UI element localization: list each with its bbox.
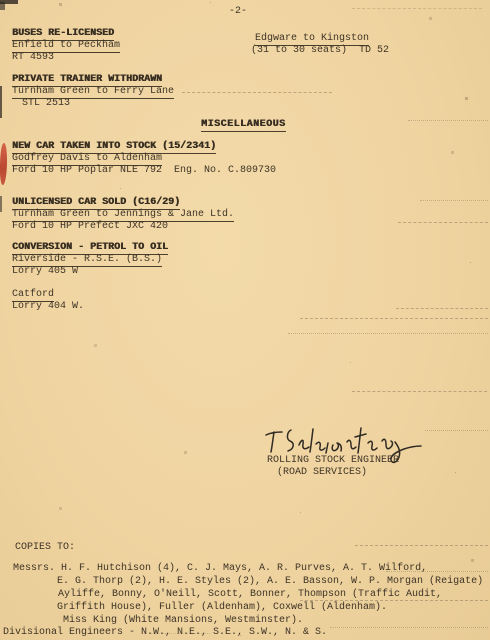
scan-noise-line [398, 222, 488, 223]
scan-noise-line [352, 391, 487, 392]
buses-relicensed-vehicle: RT 4593 [12, 52, 54, 64]
scan-noise-line [288, 333, 488, 334]
copies-to-heading: COPIES TO: [15, 542, 75, 554]
scan-noise-line [182, 92, 332, 93]
scan-edge-strip [0, 86, 2, 118]
scan-noise-line [425, 430, 488, 431]
scan-noise-line [408, 120, 488, 121]
signatory-title-line2: (ROAD SERVICES) [277, 467, 367, 479]
scan-specks [0, 0, 1, 1]
copies-line: Griffith House), Fuller (Aldenham), Coxw… [57, 602, 387, 614]
scan-noise-line [355, 545, 488, 546]
conversion-vehicle: Lorry 405 W [12, 266, 78, 278]
miscellaneous-heading: MISCELLANEOUS [201, 119, 286, 132]
red-pen-mark [0, 143, 8, 185]
copies-line: Divisional Engineers - N.W., N.E., S.E.,… [3, 627, 327, 639]
copies-line: Miss King (White Mansions, Westminster). [63, 615, 303, 627]
catford-vehicle: Lorry 404 W. [12, 301, 84, 313]
edgware-detail: (31 to 30 seats) TD 52 [251, 45, 389, 57]
signatory-title-line1: ROLLING STOCK ENGINEER [267, 455, 399, 467]
scan-noise-line [352, 8, 482, 9]
unlicensed-car-vehicle: Ford 10 HP Prefect JXC 420 [12, 221, 168, 233]
scan-smudge [0, 2, 5, 10]
scan-smudge [0, 0, 18, 4]
scanned-memo-page: -2- BUSES RE-LICENSED Enfield to Peckham… [0, 0, 490, 640]
private-trainer-vehicle: STL 2513 [22, 98, 70, 110]
scan-noise-line [330, 627, 488, 628]
scan-noise-line [420, 200, 488, 201]
copies-line: E. G. Thorp (2), H. E. Styles (2), A. E.… [57, 576, 483, 588]
page-number: -2- [229, 6, 247, 18]
new-car-vehicle: Ford 10 HP Poplar NLE 792 Eng. No. C.809… [12, 165, 276, 177]
scan-edge-strip [0, 196, 2, 212]
copies-line: Messrs. H. F. Hutchison (4), C. J. Mays,… [13, 563, 427, 575]
scan-noise-line [396, 308, 488, 309]
scan-noise-line [300, 318, 488, 319]
copies-line: Ayliffe, Bonny, O'Neill, Scott, Bonner, … [58, 589, 442, 601]
